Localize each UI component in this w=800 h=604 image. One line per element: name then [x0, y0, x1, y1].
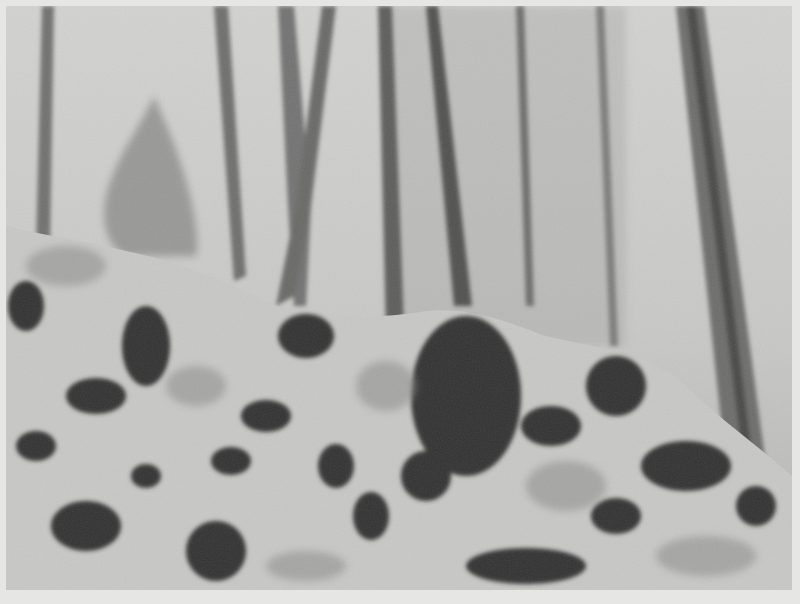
photo-frame [0, 0, 800, 604]
photograph [6, 6, 792, 590]
scene [6, 6, 792, 590]
